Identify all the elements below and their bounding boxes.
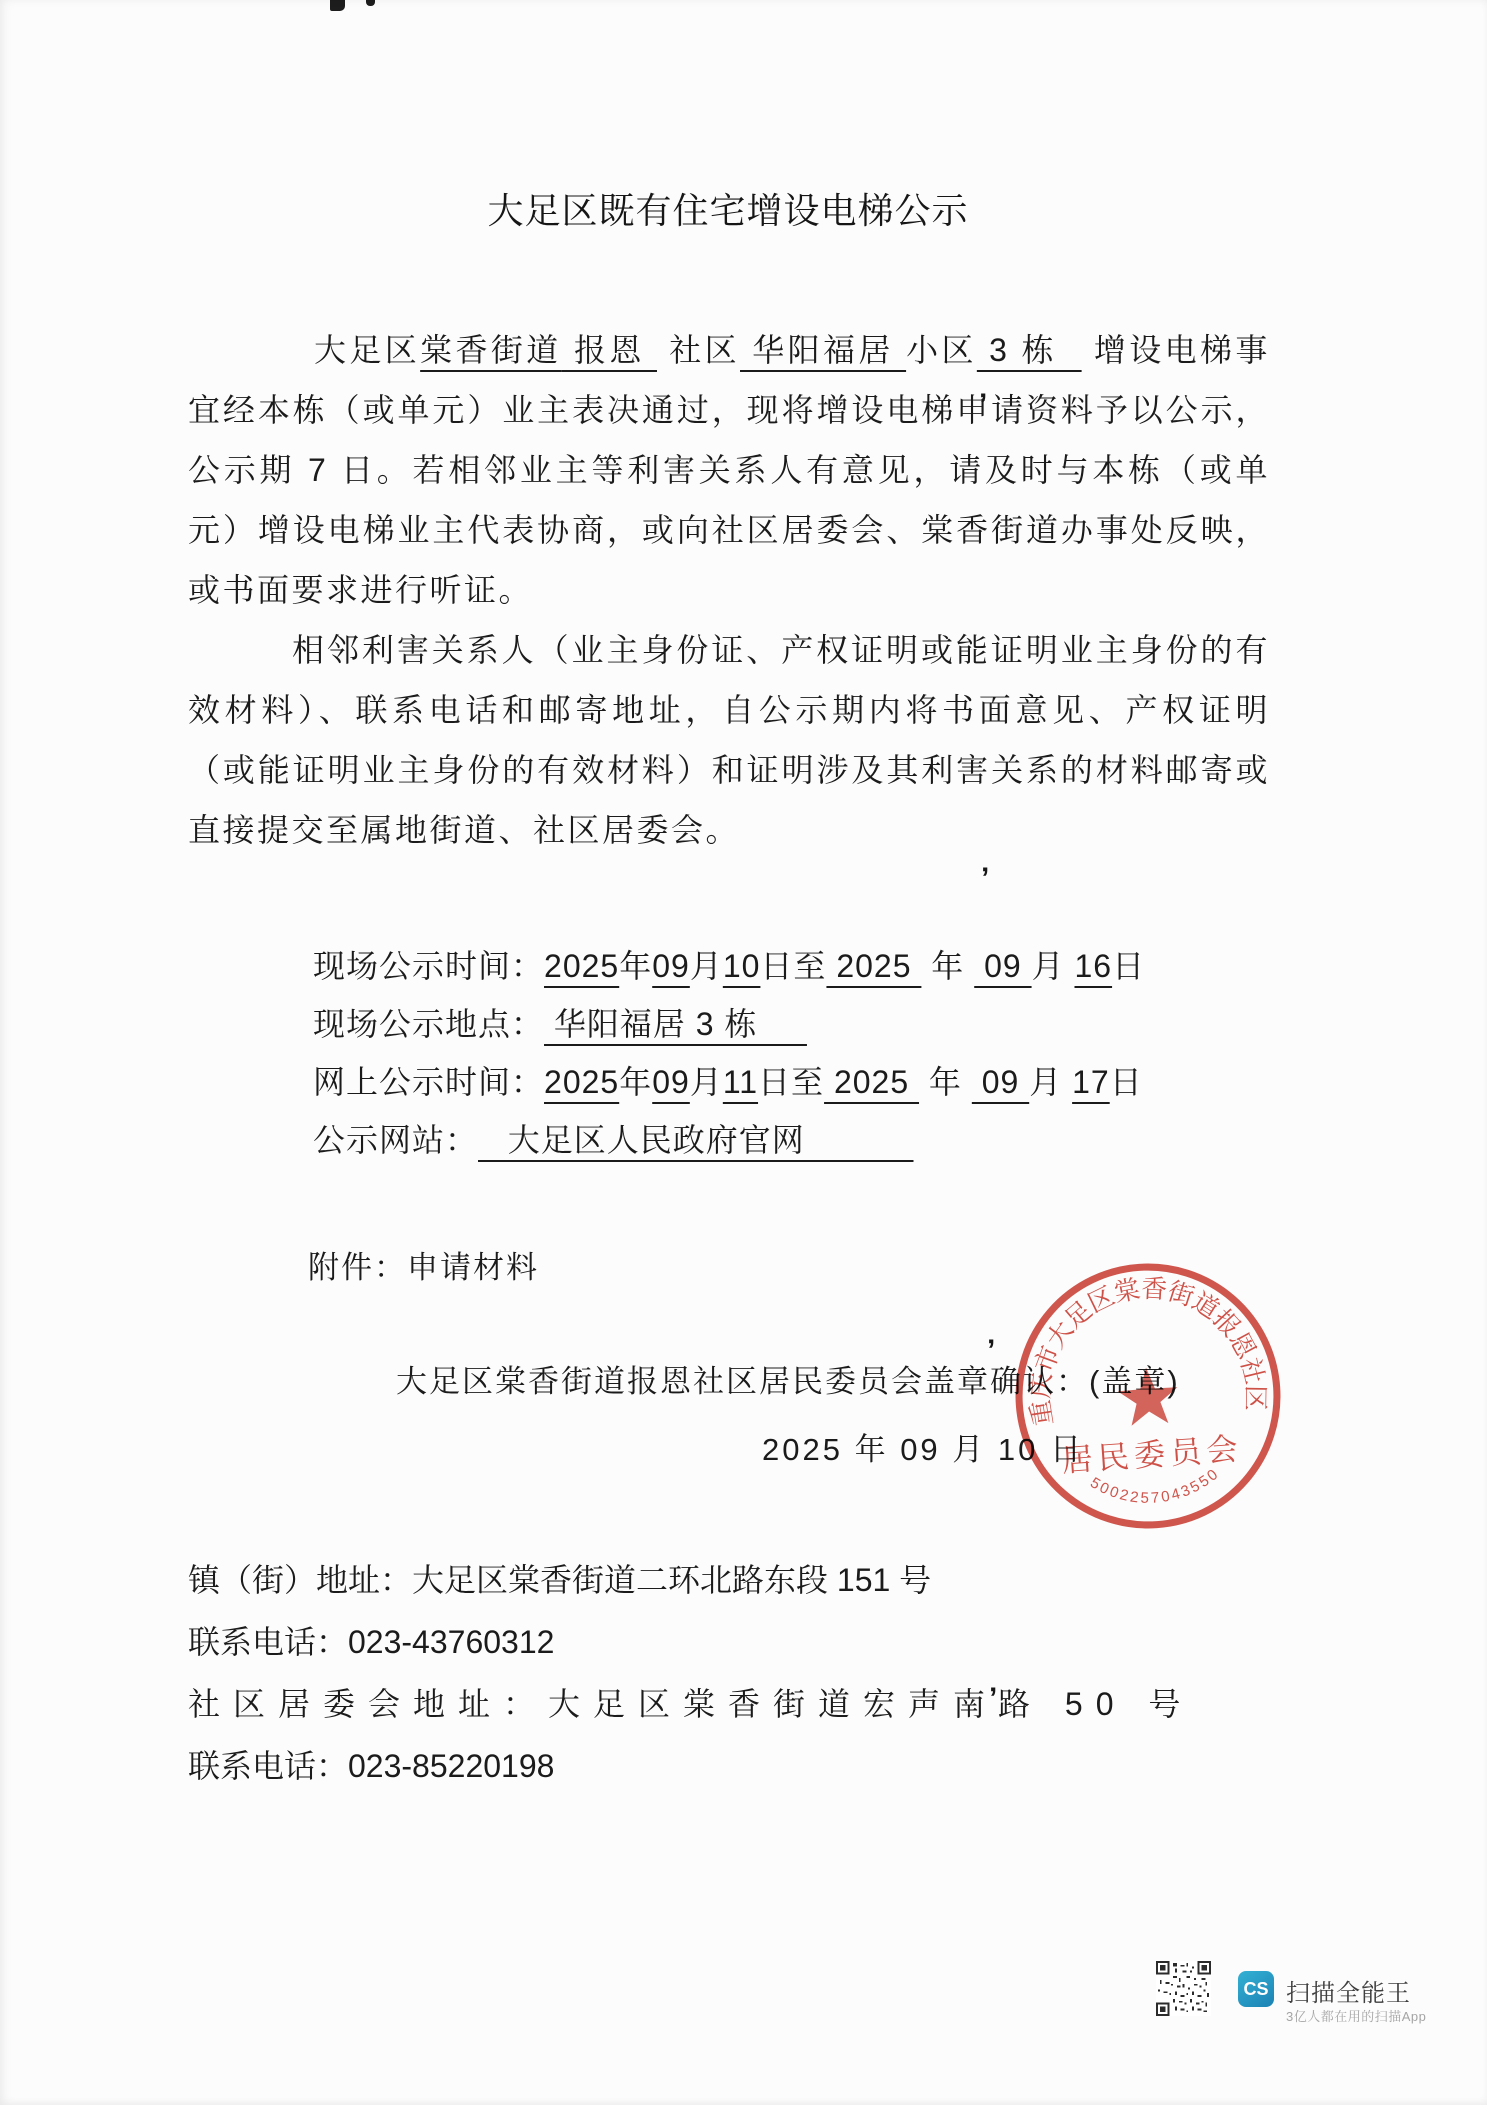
paragraph-intro: 大足区棠香街道 报恩 社区 华阳福居 小区 3 栋 增设电梯事宜经本栋（或单元）… xyxy=(188,320,1270,620)
unit-year: 年 xyxy=(619,1064,652,1100)
online-start-month: 09 xyxy=(652,1064,690,1100)
page-title: 大足区既有住宅增设电梯公示 xyxy=(188,183,1268,234)
building-blank: 3 栋 xyxy=(977,332,1082,368)
paragraph-stakeholders: 相邻利害关系人（业主身份证、产权证明或能证明业主身份的有效材料）、联系电话和邮寄… xyxy=(188,620,1270,860)
online-end-day: 17 xyxy=(1072,1064,1110,1100)
town-address-line: 镇（街）地址：大足区棠香街道二环北路东段 151 号 xyxy=(188,1549,1278,1611)
website-label: 公示网站： xyxy=(313,1122,478,1158)
unit-month: 月 xyxy=(1032,948,1075,984)
scan-artifact xyxy=(330,0,345,11)
p1-text: 增设电梯 xyxy=(1082,332,1236,368)
site-place-value: 华阳福居 3 栋 xyxy=(544,1006,807,1042)
camscanner-logo: CS xyxy=(1238,1971,1274,2007)
p1-text: 社区 xyxy=(657,332,740,368)
website-line: 公示网站： 大足区人民政府官网 xyxy=(313,1111,1145,1169)
scanned-notice-page: 大足区既有住宅增设电梯公示 大足区棠香街道 报恩 社区 华阳福居 小区 3 栋 … xyxy=(0,0,1487,2105)
site-end-month: 09 xyxy=(974,948,1031,984)
site-end-year: 2025 xyxy=(826,948,921,984)
community-address-line: 社区居委会地址：大足区棠香街道宏声南路 50 号 xyxy=(188,1673,1278,1735)
scanner-app-tagline: 3亿人都在用的扫描App xyxy=(1286,2006,1426,2025)
unit-year: 年 xyxy=(919,1064,972,1100)
p1-text: 小区 xyxy=(906,332,977,368)
online-end-month: 09 xyxy=(972,1064,1029,1100)
p1-rest: 事宜经本栋（或单元）业主表决通过，现将增设电梯申请资料予以公示，公示期 7 日。… xyxy=(188,332,1270,608)
site-time-label: 现场公示时间： xyxy=(313,948,544,984)
site-place-line: 现场公示地点： 华阳福居 3 栋 xyxy=(313,995,1145,1053)
publicity-info: 现场公示时间：2025年09月10日至 2025 年 09 月 16日 现场公示… xyxy=(313,937,1145,1169)
unit-year: 年 xyxy=(921,948,974,984)
estate-blank: 华阳福居 xyxy=(740,332,906,368)
site-end-day: 16 xyxy=(1074,948,1112,984)
official-seal: 重庆市大足区棠香街道报恩社区 居民委员会 5002257043550 xyxy=(1003,1251,1293,1541)
scan-artifact xyxy=(366,0,375,6)
scanner-app-name: 扫描全能王 xyxy=(1286,1973,1411,2008)
site-start-day: 10 xyxy=(723,948,761,984)
town-phone-line: 联系电话：023-43760312 xyxy=(188,1611,1278,1673)
unit-day: 日 xyxy=(1112,948,1145,984)
scan-artifact: ’ xyxy=(987,1336,995,1366)
unit-to: 日至 xyxy=(760,948,826,984)
site-start-year: 2025 xyxy=(544,948,619,984)
community-phone-line: 联系电话：023-85220198 xyxy=(188,1735,1278,1797)
unit-month: 月 xyxy=(1029,1064,1072,1100)
seal-graphic: 重庆市大足区棠香街道报恩社区 居民委员会 5002257043550 xyxy=(1003,1251,1293,1541)
attachment-line: 附件：申请材料 xyxy=(308,1242,539,1287)
online-time-line: 网上公示时间：2025年09月11日至 2025 年 09 月 17日 xyxy=(313,1053,1145,1111)
seal-star-icon xyxy=(1116,1366,1180,1427)
contact-block: 镇（街）地址：大足区棠香街道二环北路东段 151 号 联系电话：023-4376… xyxy=(188,1549,1278,1797)
unit-to: 日至 xyxy=(758,1064,824,1100)
street-blank: 棠香街道 xyxy=(420,332,562,368)
p1-prefix: 大足区 xyxy=(314,332,420,368)
unit-year: 年 xyxy=(619,948,652,984)
online-end-year: 2025 xyxy=(824,1064,919,1100)
site-time-line: 现场公示时间：2025年09月10日至 2025 年 09 月 16日 xyxy=(313,937,1145,995)
website-value: 大足区人民政府官网 xyxy=(478,1122,913,1158)
unit-day: 日 xyxy=(1110,1064,1143,1100)
scan-artifact: ’ xyxy=(981,864,989,894)
qr-code xyxy=(1156,1961,1211,2016)
community-blank: 报恩 xyxy=(562,332,657,368)
site-place-label: 现场公示地点： xyxy=(313,1006,544,1042)
scan-artifact: ’ xyxy=(989,1684,997,1714)
online-start-day: 11 xyxy=(723,1064,758,1100)
unit-month: 月 xyxy=(690,1064,723,1100)
site-start-month: 09 xyxy=(652,948,690,984)
scan-artifact: ’ xyxy=(979,390,987,420)
notice-body: 大足区棠香街道 报恩 社区 华阳福居 小区 3 栋 增设电梯事宜经本栋（或单元）… xyxy=(188,320,1270,860)
online-time-label: 网上公示时间： xyxy=(313,1064,544,1100)
online-start-year: 2025 xyxy=(544,1064,619,1100)
unit-month: 月 xyxy=(690,948,723,984)
seal-band-text: 居民委员会 xyxy=(1060,1431,1243,1479)
